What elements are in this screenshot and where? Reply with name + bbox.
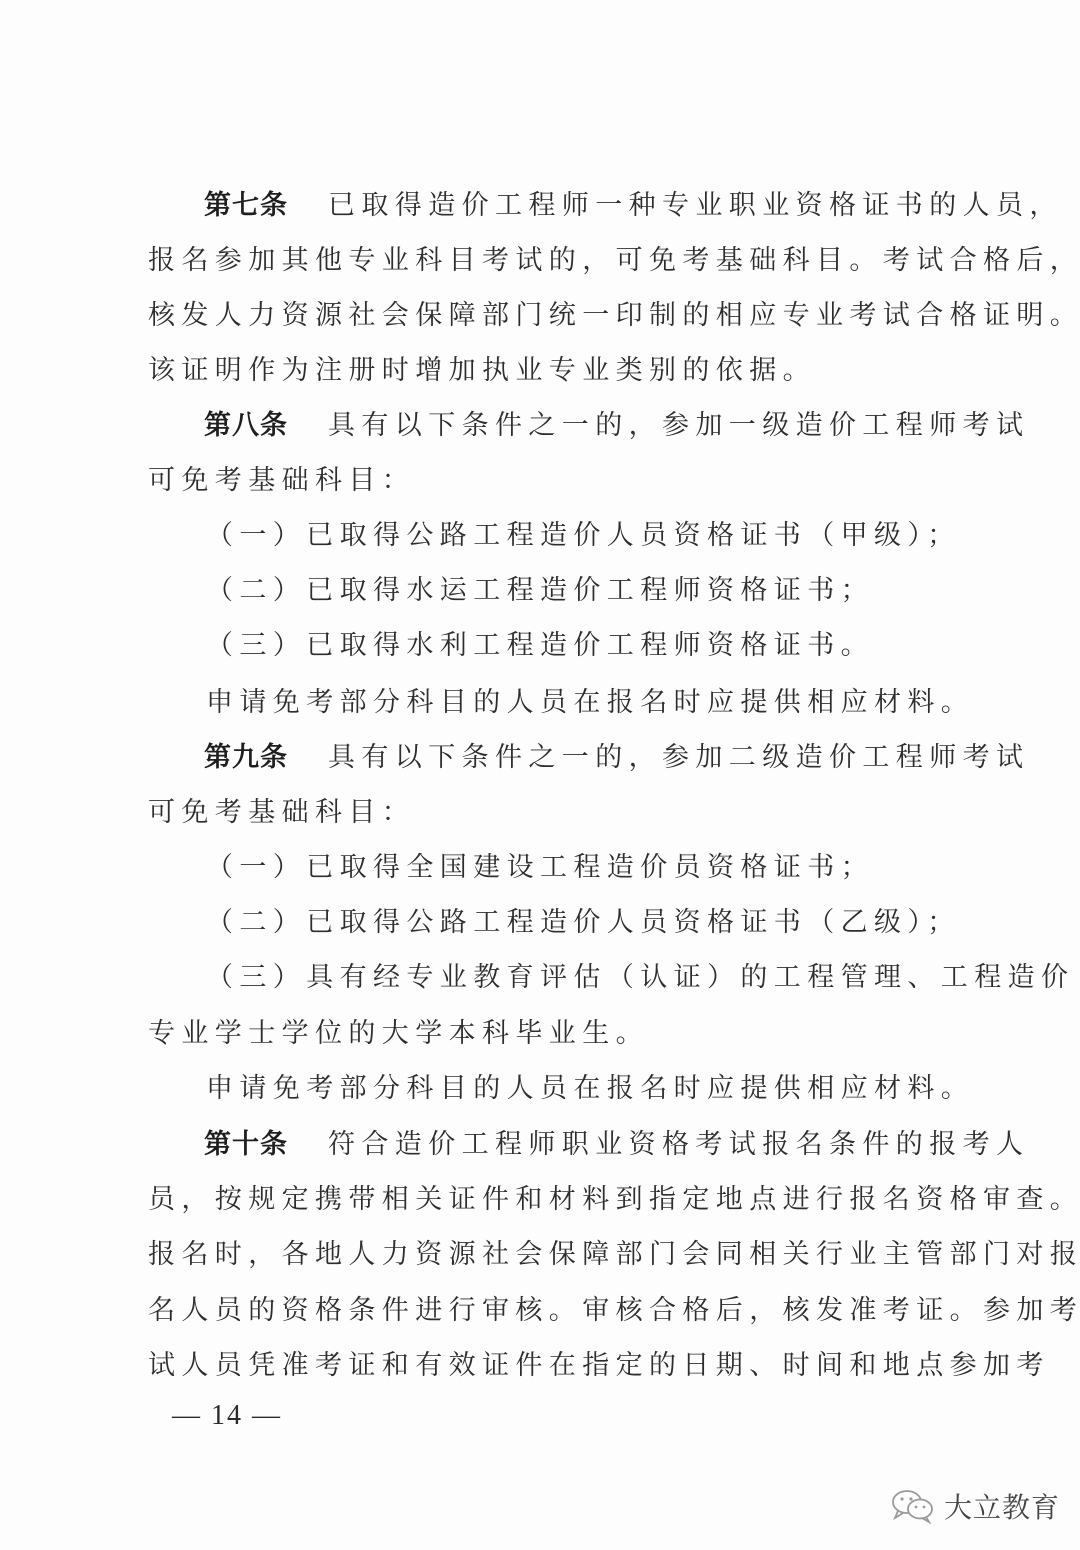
- article-9-item-3-cont: 专业学士学位的大学本科毕业生。: [148, 1014, 964, 1054]
- watermark-text: 大立教育: [944, 1486, 1060, 1526]
- article-7-label: 第七条: [204, 190, 288, 221]
- watermark: 大立教育: [890, 1486, 1060, 1526]
- article-10-line-4: 名人员的资格条件进行审核。审核合格后，核发准考证。参加考: [148, 1291, 964, 1331]
- article-9-line-1: 第九条具有以下条件之一的，参加二级造价工程师考试: [148, 738, 964, 778]
- article-8-item-3: （三）已取得水利工程造价工程师资格证书。: [206, 626, 964, 666]
- article-10-line-5: 试人员凭准考证和有效证件在指定的日期、时间和地点参加考: [148, 1346, 964, 1386]
- article-10-line-1: 第十条符合造价工程师职业资格考试报名条件的报考人: [148, 1125, 964, 1165]
- article-9-item-3: （三）具有经专业教育评估（认证）的工程管理、工程造价: [206, 958, 964, 998]
- article-10-text-1: 符合造价工程师职业资格考试报名条件的报考人: [328, 1129, 1029, 1160]
- article-8-label: 第八条: [204, 410, 288, 441]
- article-9-note: 申请免考部分科目的人员在报名时应提供相应材料。: [206, 1069, 964, 1109]
- article-9-label: 第九条: [204, 742, 288, 773]
- article-8-note: 申请免考部分科目的人员在报名时应提供相应材料。: [206, 683, 964, 723]
- article-10-line-2: 员，按规定携带相关证件和材料到指定地点进行报名资格审查。: [148, 1180, 964, 1220]
- article-7-line-2: 报名参加其他专业科目考试的，可免考基础科目。考试合格后，: [148, 241, 964, 281]
- article-7-text-1: 已取得造价工程师一种专业职业资格证书的人员，: [328, 190, 1063, 221]
- article-8-text-1: 具有以下条件之一的，参加一级造价工程师考试: [328, 410, 1029, 441]
- document-page: 第七条已取得造价工程师一种专业职业资格证书的人员， 报名参加其他专业科目考试的，…: [0, 0, 1080, 1550]
- article-9-line-2: 可免考基础科目：: [148, 793, 964, 833]
- article-8-line-2: 可免考基础科目：: [148, 461, 964, 501]
- article-9-text-1: 具有以下条件之一的，参加二级造价工程师考试: [328, 742, 1029, 773]
- article-7-line-1: 第七条已取得造价工程师一种专业职业资格证书的人员，: [148, 186, 964, 226]
- article-8-line-1: 第八条具有以下条件之一的，参加一级造价工程师考试: [148, 406, 964, 446]
- page-number: — 14 —: [172, 1396, 282, 1436]
- article-10-line-3: 报名时，各地人力资源社会保障部门会同相关行业主管部门对报: [148, 1235, 964, 1275]
- article-10-label: 第十条: [204, 1129, 288, 1160]
- wechat-icon: [890, 1488, 936, 1524]
- article-7-line-3: 核发人力资源社会保障部门统一印制的相应专业考试合格证明。: [148, 296, 964, 336]
- article-7-line-4: 该证明作为注册时增加执业专业类别的依据。: [148, 351, 964, 391]
- article-9-item-1: （一）已取得全国建设工程造价员资格证书；: [206, 848, 964, 888]
- article-8-item-1: （一）已取得公路工程造价人员资格证书（甲级）；: [206, 516, 964, 556]
- article-9-item-2: （二）已取得公路工程造价人员资格证书（乙级）；: [206, 903, 964, 943]
- article-8-item-2: （二）已取得水运工程造价工程师资格证书；: [206, 571, 964, 611]
